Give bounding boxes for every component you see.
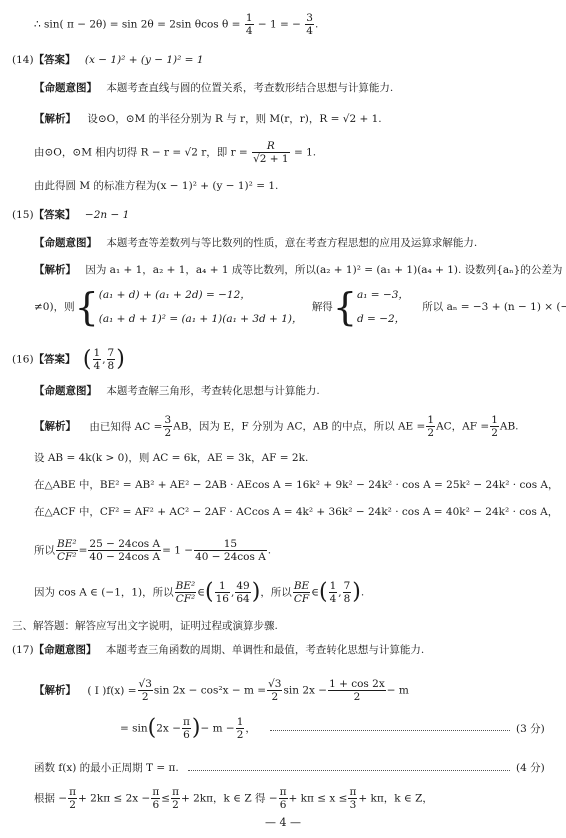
q14-analysis-line2: 由⊙O，⊙M 相内切得 R − r = √2 r，即 r = R√2 + 1 =…: [34, 140, 316, 165]
q15-intent: 【命题意图】 本题考查等差数列与等比数列的性质，意在考查方程思想的应用及运算求解…: [34, 236, 477, 250]
equation-row: (a₁ + d) + (a₁ + 2d) = −12，: [99, 283, 303, 307]
left-brace: {: [75, 285, 99, 329]
intent-text: 本题考查直线与圆的位置关系，考查数形结合思想与计算能力.: [106, 82, 393, 94]
fraction: π2: [171, 786, 180, 811]
intent-tag: 【命题意图】: [34, 385, 97, 397]
analysis-text: 因为 a₁ + 1，a₂ + 1，a₄ + 1 成等比数列，所以(a₂ + 1)…: [85, 264, 566, 276]
text: = 1.: [294, 147, 316, 159]
text: ∈: [197, 587, 205, 599]
fraction: √32: [138, 678, 153, 703]
fraction: 12: [236, 716, 245, 741]
q17-analysis: 【解析】 ( Ⅰ )f(x) =√32sin 2x − cos²x − m =√…: [34, 678, 409, 703]
q16-intent: 【命题意图】 本题考查解三角形，考查转化思想与计算能力.: [34, 384, 320, 398]
score-text: (3 分): [516, 723, 545, 735]
q16-line4: 在△ACF 中，CF² = AF² + AC² − 2AF · ACcos A …: [34, 505, 558, 519]
text: = sin: [120, 723, 148, 735]
q17-line2: = sin(2x −π6)− m −12，: [120, 716, 256, 741]
intent-text: 本题考查三角函数的周期、单调性和最值，考查转化思想与计算能力.: [106, 644, 424, 656]
right-paren: ): [116, 347, 125, 372]
text: + kπ ≤ x ≤: [289, 793, 348, 805]
fraction: 12: [490, 414, 499, 439]
fraction: π6: [279, 786, 288, 811]
fraction: 25 − 24cos A40 − 24cos A: [88, 538, 161, 563]
q17-line3: 函数 f(x) 的最小正周期 T = π.: [34, 761, 179, 775]
fraction: 34: [305, 12, 314, 37]
fraction: π6: [182, 716, 191, 741]
fraction: 1 + cos 2x2: [328, 678, 386, 703]
analysis-tag: 【解析】: [34, 685, 76, 697]
question-number: (16): [12, 354, 34, 366]
q16-line2: 设 AB = 4k(k > 0)，则 AC = 6k，AE = 3k，AF = …: [34, 451, 308, 465]
fraction: π6: [151, 786, 160, 811]
text: 由⊙O，⊙M 相内切得 R − r = √2 r，即 r =: [34, 147, 248, 159]
text: 在△ABE 中，BE² = AB² + AE² − 2AB · AEcos A …: [34, 479, 559, 491]
text: 由已知得 AC =: [89, 421, 162, 433]
answer-value: −2n − 1: [85, 209, 129, 221]
text: ≠0)，则: [34, 301, 75, 313]
fraction: R√2 + 1: [252, 140, 290, 165]
intent-text: 本题考查解三角形，考查转化思想与计算能力.: [106, 385, 319, 397]
intent-tag: 【命题意图】: [34, 237, 97, 249]
fraction: 12: [426, 414, 435, 439]
text: 所以: [34, 545, 55, 557]
fraction: 4964: [235, 580, 250, 605]
q14-answer-line: (14)【答案】 (x − 1)² + (y − 1)² = 1: [12, 53, 204, 67]
question-number: (17): [12, 644, 34, 656]
fraction: 1540 − 24cos A: [194, 538, 267, 563]
equation-row: d = −2，: [357, 307, 409, 331]
text: ∈: [311, 587, 319, 599]
answer-tag: 【答案】: [34, 209, 76, 221]
fraction: 32: [163, 414, 172, 439]
intent-tag: 【命题意图】: [34, 82, 97, 94]
answer-tag: 【答案】: [34, 354, 76, 366]
fraction: π2: [68, 786, 77, 811]
intent-text: 本题考查等差数列与等比数列的性质，意在考查方程思想的应用及运算求解能力.: [106, 237, 477, 249]
text: = 1 −: [162, 545, 193, 557]
q15-answer-line: (15)【答案】 −2n − 1: [12, 208, 129, 222]
text: 在△ACF 中，CF² = AF² + AC² − 2AF · ACcos A …: [34, 506, 558, 518]
text: sin 2x − cos²x − m =: [154, 685, 266, 697]
text: ，所以: [260, 587, 292, 599]
q17-line4: 根据 −π2+ 2kπ ≤ 2x −π6≤π2+ 2kπ，k ∈ Z 得 −π6…: [34, 786, 433, 811]
text: .: [361, 587, 364, 599]
q13-prefix: ∴ sin( π − 2θ) = sin 2θ = 2sin θcos θ =: [34, 19, 240, 31]
text: 解得: [312, 301, 333, 313]
text: AC，AF =: [436, 421, 489, 433]
intent-tag: 【命题意图】: [34, 644, 97, 656]
text: + 2kπ，k ∈ Z 得 −: [181, 793, 278, 805]
q16-answer-line: (16)【答案】 (14,78): [12, 347, 125, 372]
q16-line6: 因为 cos A ∈ (−1，1)，所以BE²CF²∈(116,4964)，所以…: [34, 580, 364, 605]
fraction: 116: [215, 580, 230, 605]
fraction: BE²CF²: [56, 538, 78, 563]
text: 因为 cos A ∈ (−1，1)，所以: [34, 587, 174, 599]
q17-intent: (17)【命题意图】 本题考查三角函数的周期、单调性和最值，考查转化思想与计算能…: [12, 643, 424, 657]
text: + 2kπ ≤ 2x −: [78, 793, 150, 805]
q13-conclusion: ∴ sin( π − 2θ) = sin 2θ = 2sin θcos θ = …: [34, 12, 318, 37]
score-4: (4 分): [516, 761, 545, 775]
left-brace: {: [333, 285, 357, 329]
leader-dots: [188, 770, 510, 771]
q16-line3: 在△ABE 中，BE² = AB² + AE² − 2AB · AEcos A …: [34, 478, 559, 492]
text: AB，因为 E，F 分别为 AC，AB 的中点，所以 AE =: [173, 421, 425, 433]
fraction: √32: [267, 678, 282, 703]
text: − m −: [201, 723, 235, 735]
fraction: 14: [329, 580, 338, 605]
text: 所以 aₙ = −3 + (n − 1) × (−2) = −2n − 1.: [422, 301, 566, 313]
answer-tag: 【答案】: [34, 54, 76, 66]
text: + kπ，k ∈ Z，: [358, 793, 433, 805]
equation-system: a₁ = −3，d = −2，: [357, 283, 409, 331]
heading-text: 三、解答题：解答应写出文字说明，证明过程或演算步骤.: [12, 620, 278, 632]
text: sin 2x −: [283, 685, 327, 697]
q13-middle: − 1 = −: [258, 19, 301, 31]
fraction: 14: [93, 347, 102, 372]
analysis-text: 设⊙O，⊙M 的半径分别为 R 与 r，则 M(r，r)，R = √2 + 1.: [87, 113, 381, 125]
text: ，: [245, 723, 256, 735]
fraction: 14: [245, 12, 254, 37]
text: 设 AB = 4k(k > 0)，则 AC = 6k，AE = 3k，AF = …: [34, 452, 308, 464]
text: 由此得圆 M 的标准方程为(x − 1)² + (y − 1)² = 1.: [34, 180, 278, 192]
text: .: [268, 545, 271, 557]
fraction: 78: [343, 580, 352, 605]
text: 2x −: [156, 723, 181, 735]
text: ( Ⅰ )f(x) =: [87, 685, 136, 697]
q14-intent: 【命题意图】 本题考查直线与圆的位置关系，考查数形结合思想与计算能力.: [34, 81, 393, 95]
score-text: (4 分): [516, 762, 545, 774]
question-number: (14): [12, 54, 34, 66]
equation-row: (a₁ + d + 1)² = (a₁ + 1)(a₁ + 3d + 1)，: [99, 307, 303, 331]
q15-analysis: 【解析】 因为 a₁ + 1，a₂ + 1，a₄ + 1 成等比数列，所以(a₂…: [34, 263, 566, 277]
text: − m: [387, 685, 409, 697]
analysis-tag: 【解析】: [34, 113, 76, 125]
equation-row: a₁ = −3，: [357, 283, 409, 307]
text: 函数 f(x) 的最小正周期 T = π.: [34, 762, 179, 774]
q13-end: .: [315, 19, 318, 31]
page-number: — 4 —: [0, 816, 566, 829]
fraction: BECF: [293, 580, 310, 605]
section-heading: 三、解答题：解答应写出文字说明，证明过程或演算步骤.: [12, 619, 278, 633]
q14-analysis: 【解析】 设⊙O，⊙M 的半径分别为 R 与 r，则 M(r，r)，R = √2…: [34, 112, 382, 126]
score-3: (3 分): [516, 722, 545, 736]
fraction: π3: [348, 786, 357, 811]
text: ≤: [161, 793, 170, 805]
equation-system: (a₁ + d) + (a₁ + 2d) = −12，(a₁ + d + 1)²…: [99, 283, 303, 331]
answer-value: (x − 1)² + (y − 1)² = 1: [85, 54, 204, 66]
question-number: (15): [12, 209, 34, 221]
q16-analysis: 【解析】 由已知得 AC =32AB，因为 E，F 分别为 AC，AB 的中点，…: [34, 414, 519, 439]
q14-analysis-line3: 由此得圆 M 的标准方程为(x − 1)² + (y − 1)² = 1.: [34, 179, 278, 193]
fraction: BE²CF²: [175, 580, 197, 605]
q16-line5: 所以BE²CF²=25 − 24cos A40 − 24cos A= 1 −15…: [34, 538, 271, 563]
text: AB.: [500, 421, 519, 433]
q15-system-line: ≠0)，则{(a₁ + d) + (a₁ + 2d) = −12，(a₁ + d…: [34, 283, 566, 331]
text: 根据 −: [34, 793, 67, 805]
analysis-tag: 【解析】: [34, 264, 76, 276]
analysis-tag: 【解析】: [34, 421, 76, 433]
left-paren: (: [83, 347, 92, 372]
leader-dots: [270, 730, 510, 731]
fraction: 78: [107, 347, 116, 372]
